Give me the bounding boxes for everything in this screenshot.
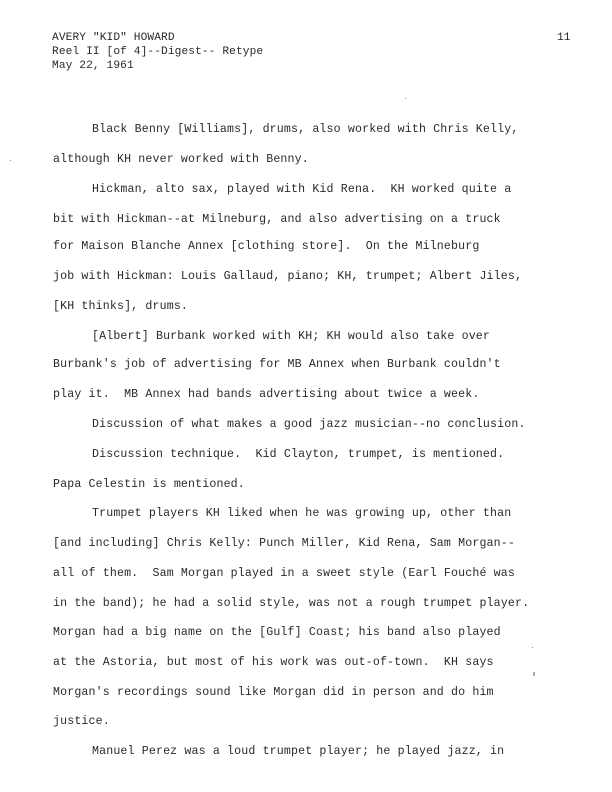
text-line: Hickman, alto sax, played with Kid Rena.… <box>92 183 511 197</box>
text-line: Papa Celestin is mentioned. <box>53 478 245 492</box>
document-date: May 22, 1961 <box>52 60 134 73</box>
text-line: job with Hickman: Louis Gallaud, piano; … <box>53 270 522 284</box>
text-line: Black Benny [Williams], drums, also work… <box>92 123 518 137</box>
scan-speck <box>533 672 535 676</box>
document-title: AVERY "KID" HOWARD <box>52 32 175 45</box>
scan-speck <box>532 647 533 648</box>
text-line: although KH never worked with Benny. <box>53 153 309 167</box>
page-number: 11 <box>557 32 570 44</box>
text-line: for Maison Blanche Annex [clothing store… <box>53 240 479 254</box>
text-line: at the Astoria, but most of his work was… <box>53 656 494 670</box>
text-line: bit with Hickman--at Milneburg, and also… <box>53 213 501 227</box>
text-line: Discussion technique. Kid Clayton, trump… <box>92 448 504 462</box>
document-page: AVERY "KID" HOWARD Reel II [of 4]--Diges… <box>0 0 612 792</box>
text-line: Discussion of what makes a good jazz mus… <box>92 418 526 432</box>
text-line: [and including] Chris Kelly: Punch Mille… <box>53 537 515 551</box>
scan-speck <box>405 98 406 99</box>
scan-speck <box>10 160 11 161</box>
text-line: justice. <box>53 715 110 729</box>
text-line: all of them. Sam Morgan played in a swee… <box>53 567 515 581</box>
text-line: Morgan had a big name on the [Gulf] Coas… <box>53 626 501 640</box>
reel-info: Reel II [of 4]--Digest-- Retype <box>52 46 263 59</box>
text-line: [Albert] Burbank worked with KH; KH woul… <box>92 330 490 344</box>
text-line: Burbank's job of advertising for MB Anne… <box>53 358 501 372</box>
text-line: in the band); he had a solid style, was … <box>53 597 529 611</box>
text-line: Manuel Perez was a loud trumpet player; … <box>92 745 504 759</box>
text-line: Morgan's recordings sound like Morgan di… <box>53 686 494 700</box>
text-line: play it. MB Annex had bands advertising … <box>53 388 479 402</box>
text-line: [KH thinks], drums. <box>53 300 188 314</box>
text-line: Trumpet players KH liked when he was gro… <box>92 507 511 521</box>
